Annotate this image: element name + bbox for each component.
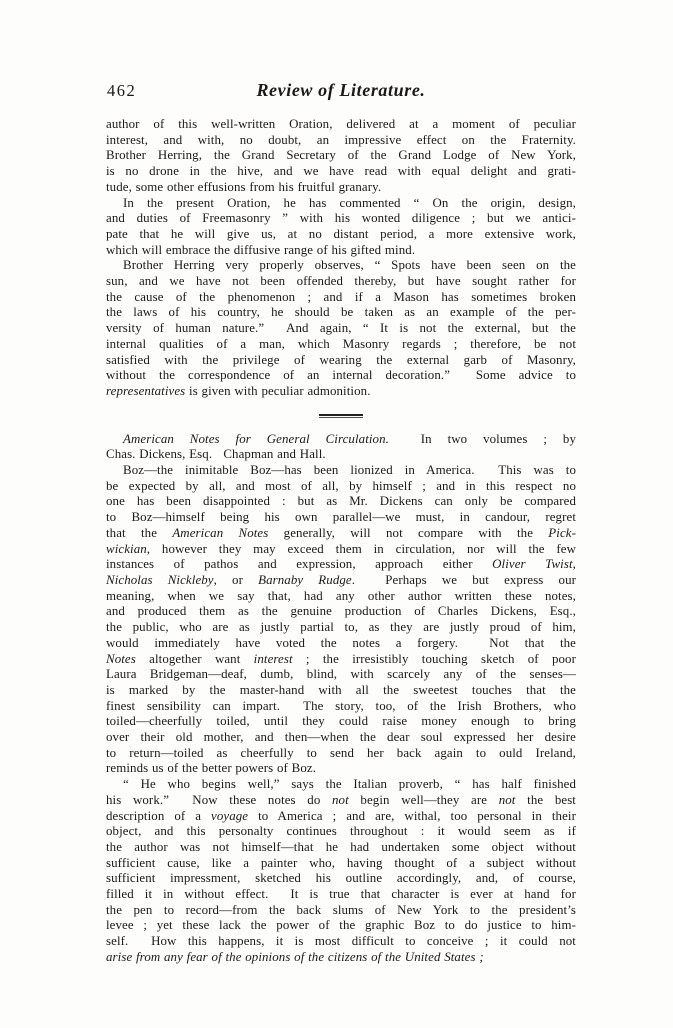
text-line: to return—toiled as cheerfully to send h…: [106, 746, 576, 762]
text-segment: ; the irresistibly touching sketch of po…: [293, 652, 576, 666]
text-segment: Brother Herring, the Grand Secretary of …: [106, 148, 576, 162]
text-segment: is marked by the master-hand with all th…: [106, 683, 576, 697]
text-line: In the present Oration, he has commented…: [106, 196, 576, 212]
text-line: the laws of his country, he should be ta…: [106, 305, 576, 321]
text-segment: “ He who begins well,” says the Italian …: [123, 777, 576, 791]
text-line: Brother Herring, the Grand Secretary of …: [106, 148, 576, 164]
text-segment: instances of pathos and expression, appr…: [106, 557, 492, 571]
italic-text-segment: Pick-: [548, 526, 576, 540]
text-line: description of a voyage to America ; and…: [106, 809, 576, 825]
text-line: would immediately have voted the notes a…: [106, 636, 576, 652]
paragraph: Boz—the inimitable Boz—has been lionized…: [106, 463, 576, 777]
paragraph: Brother Herring very properly observes, …: [106, 258, 576, 399]
italic-text-segment: voyage: [211, 809, 248, 823]
text-line: American Notes for General Circulation. …: [106, 432, 576, 448]
text-segment: reminds us of the better powers of Boz.: [106, 761, 316, 775]
text-segment: the author was not himself—that he had u…: [106, 840, 576, 854]
text-line: interest, and with, no doubt, an impress…: [106, 133, 576, 149]
text-segment: sufficient cause, like a painter who, ha…: [106, 856, 576, 870]
text-line: author of this well-written Oration, del…: [106, 117, 576, 133]
italic-text-segment: representatives: [106, 384, 185, 398]
divider-rule-icon: [319, 414, 363, 418]
text-line: versity of human nature.” And again, “ I…: [106, 321, 576, 337]
italic-text-segment: interest: [254, 652, 293, 666]
text-line: wickian, however they may exceed them in…: [106, 542, 576, 558]
text-line: toiled—cheerfully toiled, until they cou…: [106, 714, 576, 730]
text-segment: which will embrace the diffusive range o…: [106, 243, 415, 257]
text-segment: to Boz—himself being his own parallel—we…: [106, 510, 576, 524]
text-line: filled it in without effect. It is true …: [106, 887, 576, 903]
text-line: sun, and we have not been offended there…: [106, 274, 576, 290]
text-segment: Laura Bridgeman—deaf, dumb, blind, with …: [106, 667, 576, 681]
paragraph: In the present Oration, he has commented…: [106, 196, 576, 259]
text-segment: the cause of the phenomenon ; and if a M…: [106, 290, 576, 304]
text-line: the public, who are as justly partial to…: [106, 620, 576, 636]
text-segment: versity of human nature.” And again, “ I…: [106, 321, 576, 335]
text-segment: the public, who are as justly partial to…: [106, 620, 576, 634]
text-line: finest sensibility can impart. The story…: [106, 699, 576, 715]
text-line: without the correspondence of an interna…: [106, 368, 576, 384]
paragraph: author of this well-written Oration, del…: [106, 117, 576, 196]
text-segment: without the correspondence of an interna…: [106, 368, 576, 382]
text-line: one has been disappointed : but as Mr. D…: [106, 494, 576, 510]
italic-text-segment: Notes: [106, 652, 136, 666]
text-line: meaning, when we say that, had any other…: [106, 589, 576, 605]
page-content: 462 Review of Literature. author of this…: [106, 80, 576, 966]
text-segment: one has been disappointed : but as Mr. D…: [106, 494, 576, 508]
text-line: sufficient cause, like a painter who, ha…: [106, 856, 576, 872]
paragraph: American Notes for General Circulation. …: [106, 432, 576, 463]
text-segment: toiled—cheerfully toiled, until they cou…: [106, 714, 576, 728]
text-segment: altogether want: [136, 652, 254, 666]
text-line: and duties of Freemasonry ” with his won…: [106, 211, 576, 227]
text-line: arise from any fear of the opinions of t…: [106, 950, 576, 966]
text-segment: is no drone in the hive, and we have rea…: [106, 164, 576, 178]
text-segment: Chas. Dickens, Esq. Chapman and Hall.: [106, 447, 326, 461]
text-segment: over their old mother, and then—when the…: [106, 730, 576, 744]
text-line: his work.” Now these notes do not begin …: [106, 793, 576, 809]
running-title: Review of Literature.: [106, 80, 576, 101]
text-line: and produced them as the genuine product…: [106, 604, 576, 620]
text-segment: satisfied with the privilege of wearing …: [106, 353, 576, 367]
italic-text-segment: not: [499, 793, 516, 807]
text-line: Notes altogether want interest ; the irr…: [106, 652, 576, 668]
text-segment: the best: [516, 793, 577, 807]
text-segment: is given with peculiar admonition.: [185, 384, 370, 398]
text-line: object, and this personalty continues th…: [106, 824, 576, 840]
text-segment: the laws of his country, he should be ta…: [106, 305, 576, 319]
text-line: that the American Notes generally, will …: [106, 526, 576, 542]
text-segment: description of a: [106, 809, 211, 823]
text-line: which will embrace the diffusive range o…: [106, 243, 576, 259]
text-segment: self. How this happens, it is most diffi…: [106, 934, 576, 948]
text-line: over their old mother, and then—when the…: [106, 730, 576, 746]
text-line: the pen to record—from the back slums of…: [106, 903, 576, 919]
text-line: Chas. Dickens, Esq. Chapman and Hall.: [106, 447, 576, 463]
text-segment: would immediately have voted the notes a…: [106, 636, 576, 650]
text-segment: meaning, when we say that, had any other…: [106, 589, 576, 603]
text-segment: internal qualities of a man, which Mason…: [106, 337, 576, 351]
text-segment: , however they may exceed them in circul…: [147, 542, 576, 556]
italic-text-segment: Nicholas Nickleby: [106, 573, 214, 587]
text-line: be expected by all, and most of all, by …: [106, 479, 576, 495]
text-line: tude, some other effusions from his frui…: [106, 180, 576, 196]
text-segment: author of this well-written Oration, del…: [106, 117, 576, 131]
italic-text-segment: American Notes for General Circulation.: [123, 432, 389, 446]
text-segment: his work.” Now these notes do: [106, 793, 332, 807]
text-segment: Brother Herring very properly observes, …: [123, 258, 576, 272]
text-segment: levee ; yet these lack the power of the …: [106, 918, 576, 932]
text-line: satisfied with the privilege of wearing …: [106, 353, 576, 369]
text-segment: , or: [214, 573, 258, 587]
text-line: levee ; yet these lack the power of the …: [106, 918, 576, 934]
text-segment: ,: [573, 557, 576, 571]
text-line: self. How this happens, it is most diffi…: [106, 934, 576, 950]
text-segment: pate that he will give us, at no distant…: [106, 227, 576, 241]
text-line: the cause of the phenomenon ; and if a M…: [106, 290, 576, 306]
text-segment: filled it in without effect. It is true …: [106, 887, 576, 901]
text-line: is no drone in the hive, and we have rea…: [106, 164, 576, 180]
text-segment: and duties of Freemasonry ” with his won…: [106, 211, 576, 225]
italic-text-segment: Oliver Twist: [492, 557, 573, 571]
text-line: the author was not himself—that he had u…: [106, 840, 576, 856]
text-segment: finest sensibility can impart. The story…: [106, 699, 576, 713]
text-segment: be expected by all, and most of all, by …: [106, 479, 576, 493]
text-segment: In the present Oration, he has commented…: [123, 196, 576, 210]
page-header: 462 Review of Literature.: [106, 80, 576, 102]
text-line: reminds us of the better powers of Boz.: [106, 761, 576, 777]
text-segment: that the: [106, 526, 172, 540]
text-line: instances of pathos and expression, appr…: [106, 557, 576, 573]
italic-text-segment: Barnaby Rudge: [258, 573, 352, 587]
italic-text-segment: arise from any fear of the opinions of t…: [106, 950, 484, 964]
article-american-notes: American Notes for General Circulation. …: [106, 432, 576, 966]
text-segment: In two volumes ; by: [389, 432, 576, 446]
text-line: Brother Herring very properly observes, …: [106, 258, 576, 274]
text-segment: Boz—the inimitable Boz—has been lionized…: [123, 463, 576, 477]
text-line: Laura Bridgeman—deaf, dumb, blind, with …: [106, 667, 576, 683]
text-segment: tude, some other effusions from his frui…: [106, 180, 381, 194]
text-segment: interest, and with, no doubt, an impress…: [106, 133, 576, 147]
text-line: pate that he will give us, at no distant…: [106, 227, 576, 243]
text-line: Boz—the inimitable Boz—has been lionized…: [106, 463, 576, 479]
text-segment: begin well—they are: [349, 793, 499, 807]
scanned-book-page: 462 Review of Literature. author of this…: [0, 0, 673, 1028]
text-segment: to America ; and are, withal, too person…: [248, 809, 576, 823]
text-segment: and produced them as the genuine product…: [106, 604, 576, 618]
article-masonic-oration: author of this well-written Oration, del…: [106, 117, 576, 400]
text-segment: object, and this personalty continues th…: [106, 824, 576, 838]
text-line: Nicholas Nickleby, or Barnaby Rudge. Per…: [106, 573, 576, 589]
text-line: representatives is given with peculiar a…: [106, 384, 576, 400]
italic-text-segment: wickian: [106, 542, 147, 556]
page-number: 462: [107, 81, 136, 101]
text-segment: sun, and we have not been offended there…: [106, 274, 576, 288]
italic-text-segment: not: [332, 793, 349, 807]
text-segment: . Perhaps we but express our: [352, 573, 576, 587]
text-line: internal qualities of a man, which Mason…: [106, 337, 576, 353]
text-line: “ He who begins well,” says the Italian …: [106, 777, 576, 793]
text-segment: sufficient impressment, sketched his out…: [106, 871, 576, 885]
italic-text-segment: American Notes: [172, 526, 268, 540]
text-line: to Boz—himself being his own parallel—we…: [106, 510, 576, 526]
text-segment: the pen to record—from the back slums of…: [106, 903, 576, 917]
text-segment: generally, will not compare with the: [268, 526, 548, 540]
text-segment: to return—toiled as cheerfully to send h…: [106, 746, 576, 760]
paragraph: “ He who begins well,” says the Italian …: [106, 777, 576, 965]
text-line: sufficient impressment, sketched his out…: [106, 871, 576, 887]
section-divider: [106, 409, 576, 423]
text-line: is marked by the master-hand with all th…: [106, 683, 576, 699]
